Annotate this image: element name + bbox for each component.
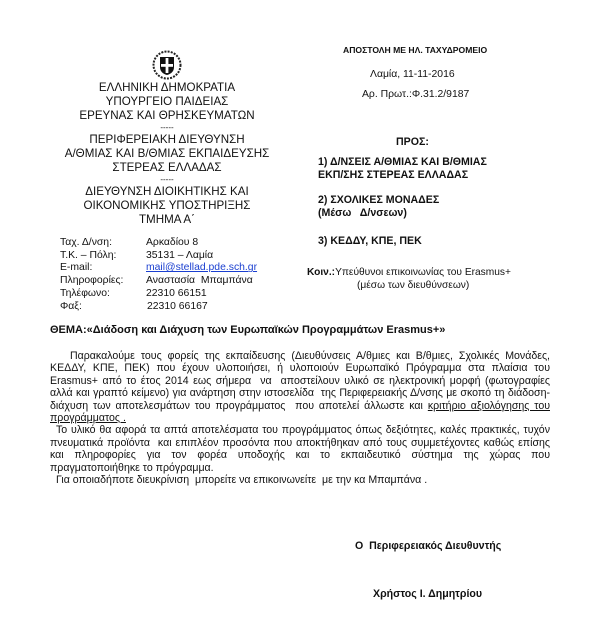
contact-value: Αρκαδίου 8 [146,237,198,250]
letterhead-line: ΣΤΕΡΕΑΣ ΕΛΛΑΔΑΣ [60,161,274,175]
contact-row-fax: Φαξ: 22310 66167 [60,301,257,314]
letter-body: Παρακαλούμε τους φορείς της εκπαίδευσης … [50,350,550,486]
cc-recipients: Υπεύθυνοι επικοινωνίας του Erasmus+ [335,267,511,278]
cc-note: (μέσω των διευθύνσεων) [307,280,511,293]
cc-block: Κοιν.:Υπεύθυνοι επικοινωνίας του Erasmus… [307,267,511,292]
letterhead-line: ΠΕΡΙΦΕΡΕΙΑΚΗ ΔΙΕΥΘΥΝΣΗ [60,133,274,147]
contact-value: 35131 – Λαμία [146,250,213,263]
letterhead-line: ΟΙΚΟΝΟΜΙΚΗΣ ΥΠΟΣΤΗΡΙΞΗΣ [60,199,274,213]
signatory-name: Χρήστος Ι. Δημητρίου [373,588,482,600]
contact-value: Αναστασία Μπαμπάνα [146,275,253,288]
paragraph-material: Το υλικό θα αφορά τα απτά αποτελέσματα τ… [50,424,550,474]
signatory-title: Ο Περιφερειακός Διευθυντής [355,540,501,552]
contact-label: Ταχ. Δ/νση: [60,237,146,250]
delivery-method: ΑΠΟΣΤΟΛΗ ΜΕ ΗΛ. ΤΑΧΥΔΡΟΜΕΙΟ [343,45,487,55]
recipient-line: ΕΚΠ/ΣΗΣ ΣΤΕΡΕΑΣ ΕΛΛΑΔΑΣ [318,169,487,182]
contact-label: Τ.Κ. – Πόλη: [60,250,146,263]
contact-row-email: E-mail: mail@stellad.pde.sch.gr [60,262,257,275]
greek-coat-of-arms-icon [152,50,182,80]
paragraph-contact: Για οποιαδήποτε διευκρίνιση μπορείτε να … [50,474,550,486]
contact-row-postcode: Τ.Κ. – Πόλη: 35131 – Λαμία [60,250,257,263]
contact-value: 22310 66151 [146,288,207,301]
recipient-line: 2) ΣΧΟΛΙΚΕΣ ΜΟΝΑΔΕΣ [318,194,439,207]
contact-label: E-mail: [60,262,146,275]
letterhead-line: ΥΠΟΥΡΓΕΙΟ ΠΑΙΔΕΙΑΣ [60,95,274,109]
letterhead-line: ΕΛΛΗΝΙΚΗ ΔΗΜΟΚΡΑΤΙΑ [60,81,274,95]
contact-row-address: Ταχ. Δ/νση: Αρκαδίου 8 [60,237,257,250]
letterhead-line: ΕΡΕΥΝΑΣ ΚΑΙ ΘΡΗΣΚΕΥΜΑΤΩΝ [60,109,274,123]
recipient-line: (Μέσω Δ/νσεων) [318,207,439,220]
contact-label: Φαξ: [60,301,146,314]
cc-label: Κοιν.: [307,267,335,278]
recipient-line: 3) ΚΕΔΔΥ, ΚΠΕ, ΠΕΚ [318,235,422,248]
contact-row-info: Πληροφορίες: Αναστασία Μπαμπάνα [60,275,257,288]
letterhead: ΕΛΛΗΝΙΚΗ ΔΗΜΟΚΡΑΤΙΑ ΥΠΟΥΡΓΕΙΟ ΠΑΙΔΕΙΑΣ Ε… [60,81,274,227]
contact-value: 22310 66167 [146,301,208,314]
letterhead-line: ΔΙΕΥΘΥΝΣΗ ΔΙΟΙΚΗΤΙΚΗΣ ΚΑΙ [60,185,274,199]
email-link[interactable]: mail@stellad.pde.sch.gr [146,262,257,275]
recipient-2: 2) ΣΧΟΛΙΚΕΣ ΜΟΝΑΔΕΣ (Μέσω Δ/νσεων) [318,194,439,220]
letterhead-separator: ----- [60,175,274,185]
to-label: ΠΡΟΣ: [396,136,429,148]
contact-info: Ταχ. Δ/νση: Αρκαδίου 8 Τ.Κ. – Πόλη: 3513… [60,237,257,313]
protocol-number: Αρ. Πρωτ.:Φ.31.2/9187 [362,89,469,100]
subject-line: ΘΕΜΑ:«Διάδοση και Διάχυση των Ευρωπαϊκών… [50,324,445,336]
contact-row-phone: Τηλέφωνο: 22310 66151 [60,288,257,301]
recipient-1: 1) Δ/ΝΣΕΙΣ Α/ΘΜΙΑΣ ΚΑΙ Β/ΘΜΙΑΣ ΕΚΠ/ΣΗΣ Σ… [318,156,487,182]
letterhead-line: Α/ΘΜΙΑΣ ΚΑΙ Β/ΘΜΙΑΣ ΕΚΠΑΙΔΕΥΣΗΣ [60,147,274,161]
contact-label: Πληροφορίες: [60,275,146,288]
paragraph-request: Παρακαλούμε τους φορείς της εκπαίδευσης … [50,350,550,424]
letterhead-separator: ----- [60,123,274,133]
document-date: Λαμία, 11-11-2016 [370,69,455,80]
recipient-3: 3) ΚΕΔΔΥ, ΚΠΕ, ΠΕΚ [318,235,422,248]
contact-label: Τηλέφωνο: [60,288,146,301]
letterhead-line: ΤΜΗΜΑ Α΄ [60,213,274,227]
recipient-line: 1) Δ/ΝΣΕΙΣ Α/ΘΜΙΑΣ ΚΑΙ Β/ΘΜΙΑΣ [318,156,487,169]
